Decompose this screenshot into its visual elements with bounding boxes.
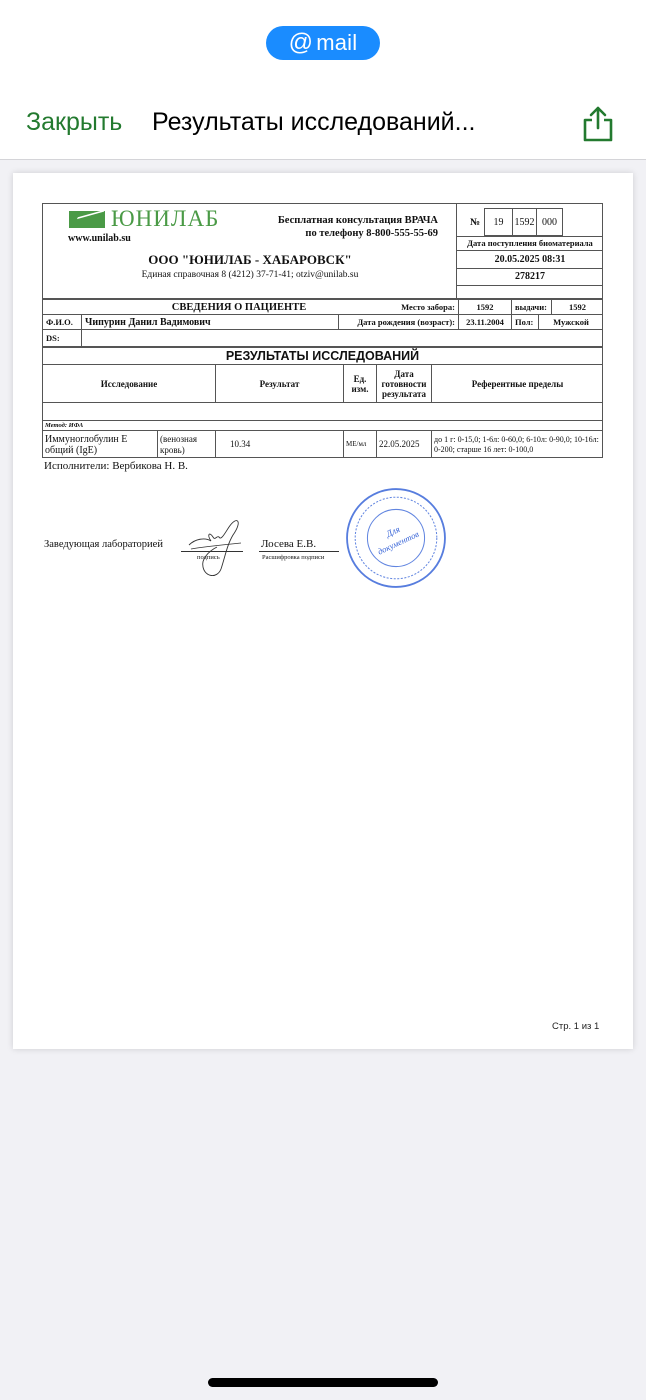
collection-place: 1592 xyxy=(459,300,512,314)
company-name: ООО "ЮНИЛАБ - ХАБАРОВСК" xyxy=(43,252,457,268)
issue-place: 1592 xyxy=(552,300,603,314)
received-label: Дата поступления биоматериала xyxy=(457,236,603,250)
head-of-lab-label: Заведующая лабораторией xyxy=(44,539,163,550)
method-label: Метод: ИФА xyxy=(42,421,603,430)
document-page: ЮНИЛАБ www.unilab.su Бесплатная консульт… xyxy=(13,173,633,1049)
signer-name: Лосева Е.В. xyxy=(261,538,316,550)
share-button[interactable] xyxy=(580,104,616,144)
number-part: 19 xyxy=(484,208,513,236)
at-icon: @ xyxy=(289,29,314,57)
patient-section-title: СВЕДЕНИЯ О ПАЦИЕНТЕ xyxy=(43,300,398,314)
consultation-info: Бесплатная консультация ВРАЧА по телефон… xyxy=(243,214,438,240)
test-unit: МЕ/мл xyxy=(344,431,377,458)
nav-bar: Закрыть Результаты исследований... xyxy=(0,100,646,150)
page-number: Стр. 1 из 1 xyxy=(552,1021,599,1032)
number-part: 1592 xyxy=(512,208,537,236)
order-info: № 19 1592 000 Дата поступления биоматери… xyxy=(457,204,603,298)
share-icon xyxy=(580,104,616,144)
results-table-header: Исследование Результат Ед. изм. Дата гот… xyxy=(42,365,603,403)
mail-app-pill[interactable]: @ mail xyxy=(266,26,380,60)
company-contacts: Единая справочная 8 (4212) 37-71-41; otz… xyxy=(43,270,457,280)
column-header: Ед. изм. xyxy=(344,365,377,402)
ready-date: 22.05.2025 xyxy=(377,431,432,458)
lab-website: www.unilab.su xyxy=(68,233,131,244)
document-title: Результаты исследований... xyxy=(152,108,476,137)
viewer-header: @ mail Закрыть Результаты исследований..… xyxy=(0,0,646,160)
column-header: Референтные пределы xyxy=(432,365,603,402)
home-indicator[interactable] xyxy=(208,1378,438,1387)
test-material: (венозная кровь) xyxy=(158,431,216,458)
patient-name: Чипурин Данил Вадимович xyxy=(82,315,339,329)
close-button[interactable]: Закрыть xyxy=(26,108,122,137)
number-part: 000 xyxy=(536,208,563,236)
decode-caption: Расшифровка подписи xyxy=(262,554,324,561)
received-datetime: 20.05.2025 08:31 xyxy=(457,250,603,268)
test-name: Иммуноглобулин Е общий (IgE) xyxy=(43,431,158,458)
lab-header: ЮНИЛАБ www.unilab.su Бесплатная консульт… xyxy=(42,203,603,299)
signature-icon xyxy=(181,513,251,583)
test-result: 10.34 xyxy=(216,431,344,458)
stamp-icon: Для документов xyxy=(345,487,447,589)
unilab-logo: ЮНИЛАБ xyxy=(69,209,219,229)
table-row: Иммуноглобулин Е общий (IgE) (венозная к… xyxy=(42,430,603,458)
reference-range: до 1 г: 0-15,0; 1-6л: 0-60,0; 6-10л: 0-9… xyxy=(432,431,603,458)
leaf-logo-icon xyxy=(69,211,105,228)
patient-sex: Мужской xyxy=(539,315,603,329)
column-header: Исследование xyxy=(43,365,216,402)
order-id: 278217 xyxy=(457,268,603,285)
number-label: № xyxy=(465,208,485,236)
column-header: Дата готовности результата xyxy=(377,365,432,402)
column-header: Результат xyxy=(216,365,344,402)
patient-dob: 23.11.2004 xyxy=(459,315,512,329)
mail-pill-label: mail xyxy=(316,30,357,56)
results-title: РЕЗУЛЬТАТЫ ИССЛЕДОВАНИЙ xyxy=(42,347,603,365)
performers: Исполнители: Вербикова Н. В. xyxy=(44,460,188,472)
